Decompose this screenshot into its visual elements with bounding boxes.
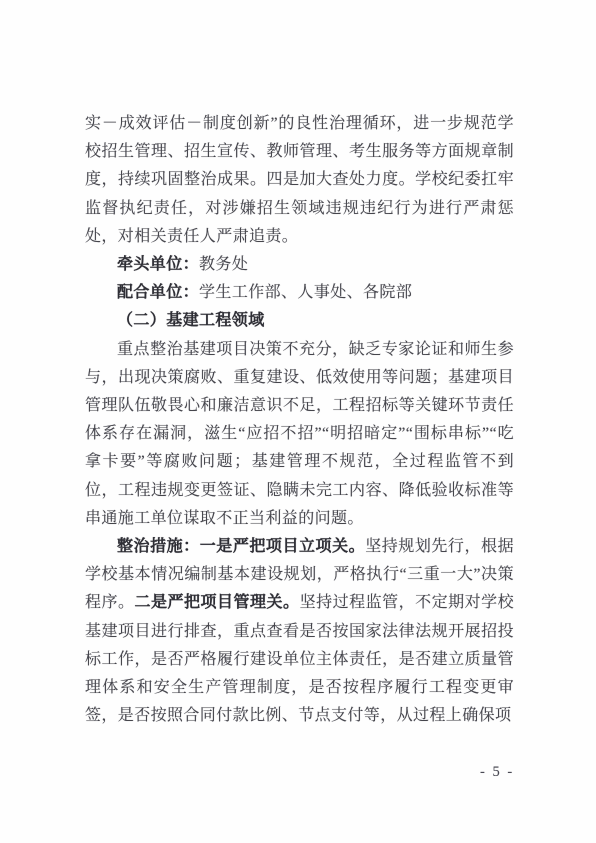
paragraph-problems: 重点整治基建项目决策不充分，缺乏专家论证和师生参与，出现决策腐败、重复建设、低效…: [85, 336, 514, 533]
text-run: 坚持过程监管，不定期对学校基建项目进行排查，重点查看是否按国家法律法规开展招投标…: [85, 594, 514, 724]
support-unit-label: 配合单位：: [117, 284, 199, 301]
support-unit-line: 配合单位：学生工作部、人事处、各院部: [85, 279, 514, 307]
paragraph-measures: 整治措施：一是严把项目立项关。坚持规划先行，根据学校基本情况编制基本建设规划，严…: [85, 533, 514, 730]
section-heading: （二）基建工程领域: [85, 307, 514, 335]
section-heading-text: （二）基建工程领域: [117, 312, 265, 329]
measures-label-1: 整治措施：一是严把项目立项关。: [117, 538, 365, 555]
measures-label-2: 二是严把项目管理关。: [135, 594, 300, 611]
lead-unit-value: 教务处: [199, 256, 248, 273]
text-run: 实－成效评估－制度创新”的良性治理循环，进一步规范学校招生管理、招生宣传、教师管…: [85, 115, 514, 245]
document-body: 实－成效评估－制度创新”的良性治理循环，进一步规范学校招生管理、招生宣传、教师管…: [85, 110, 514, 730]
lead-unit-line: 牵头单位：教务处: [85, 251, 514, 279]
document-page: 实－成效评估－制度创新”的良性治理循环，进一步规范学校招生管理、招生宣传、教师管…: [0, 0, 596, 843]
page-number: - 5 -: [480, 764, 514, 781]
paragraph-continuation: 实－成效评估－制度创新”的良性治理循环，进一步规范学校招生管理、招生宣传、教师管…: [85, 110, 514, 251]
text-run: 重点整治基建项目决策不充分，缺乏专家论证和师生参与，出现决策腐败、重复建设、低效…: [85, 341, 514, 527]
lead-unit-label: 牵头单位：: [117, 256, 199, 273]
support-unit-value: 学生工作部、人事处、各院部: [199, 284, 412, 301]
